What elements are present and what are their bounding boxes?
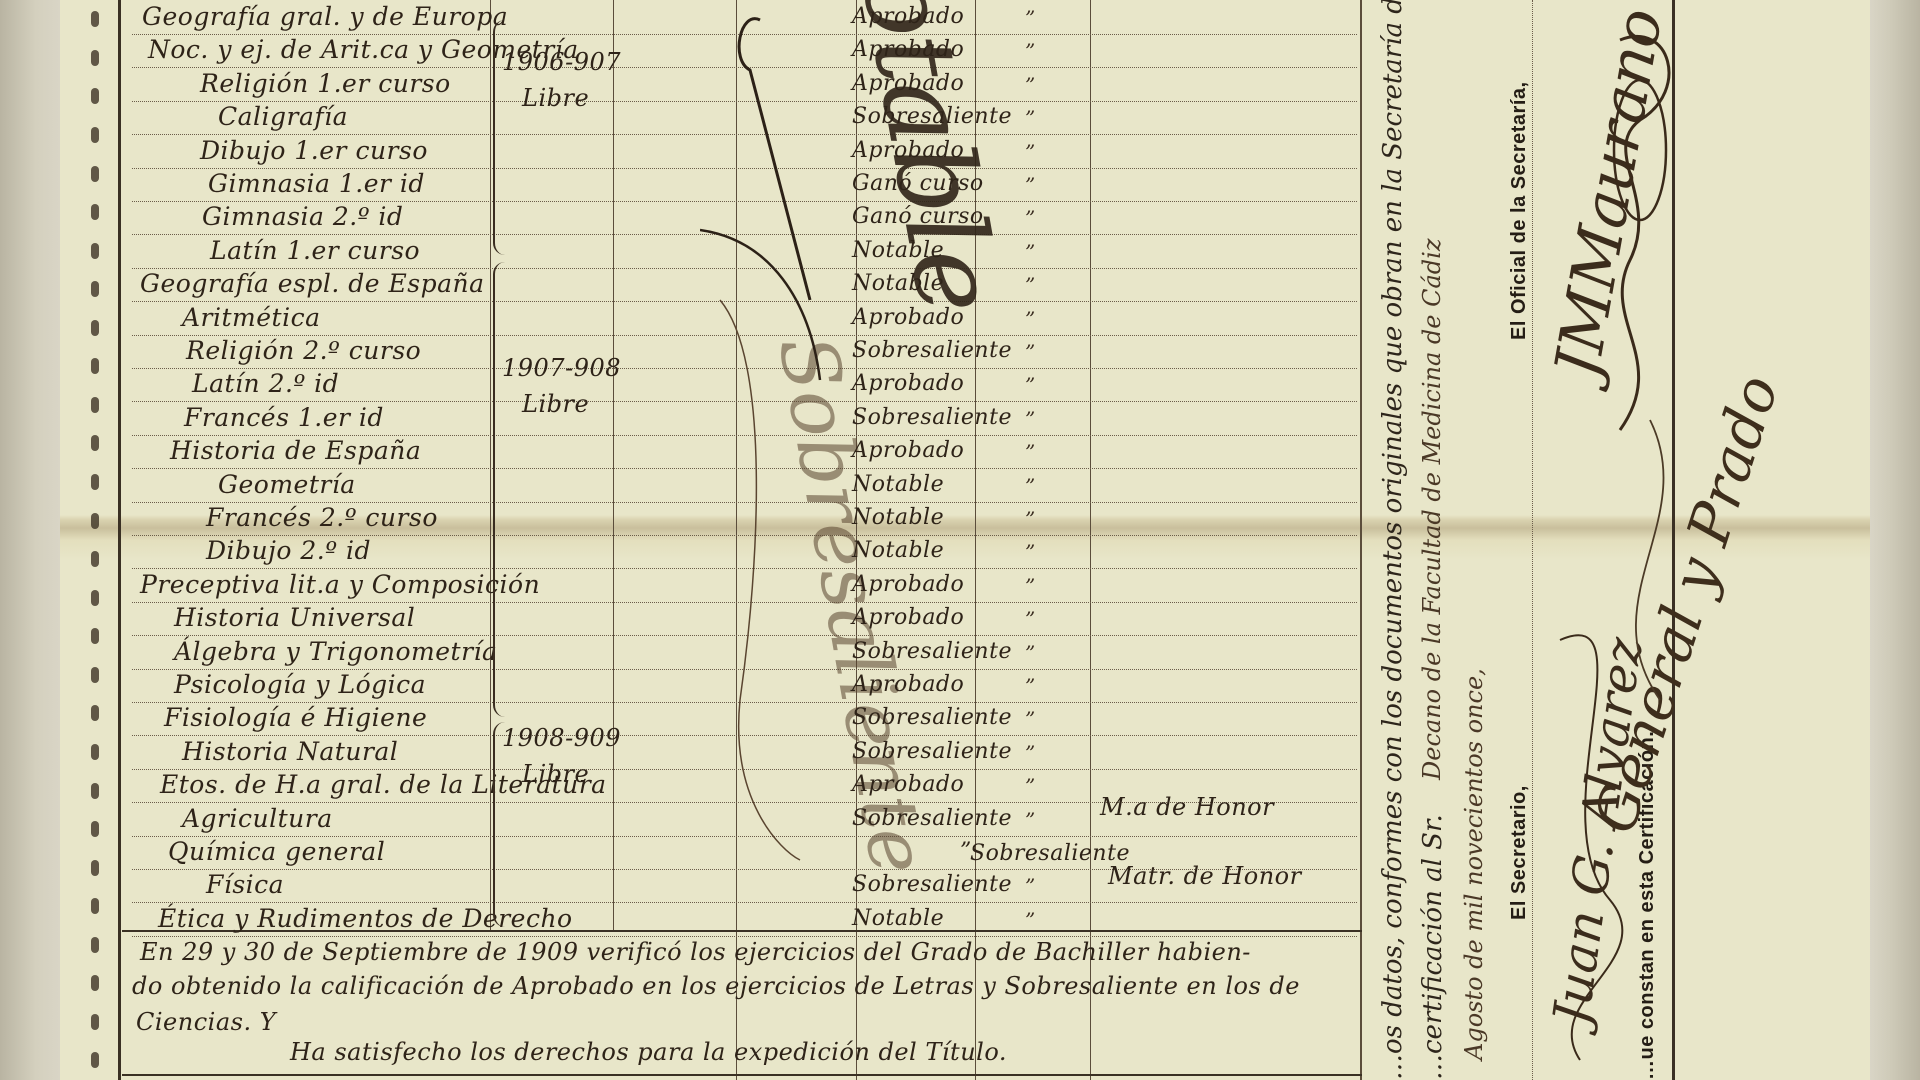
- subject-mark: ”: [1025, 674, 1036, 698]
- subject-mark: ”: [1025, 340, 1036, 364]
- subject-grade: Aprobado: [852, 772, 964, 797]
- subject-mark: ”: [1025, 407, 1036, 431]
- row-rule: [132, 936, 1357, 937]
- subject-name: Latín 1.er curso: [210, 236, 420, 265]
- subject-name: Preceptiva lit.a y Composición: [140, 570, 540, 599]
- subject-mark: ”: [1025, 774, 1036, 798]
- subject-grade: Aprobado: [852, 371, 964, 396]
- subject-mark: ”: [1025, 741, 1036, 765]
- subject-grade: Aprobado: [852, 305, 964, 330]
- subject-grade: Sobresaliente: [852, 806, 1012, 831]
- subject-name: Fisiología é Higiene: [164, 703, 427, 732]
- table-left-border: [118, 0, 121, 1080]
- subject-grade: Aprobado: [852, 37, 964, 62]
- subject-grade: Aprobado: [852, 138, 964, 163]
- certification-handwritten-line-2: Decano de la Facultad de Medicina de Cád…: [1418, 239, 1446, 780]
- subject-grade: Notable: [852, 538, 944, 563]
- academic-year-1908: 1908-909: [502, 724, 621, 752]
- subject-grade: Sobresaliente: [852, 739, 1012, 764]
- subject-grade: Notable: [852, 472, 944, 497]
- subject-mark: ”: [1025, 574, 1036, 598]
- binding-perforation: [88, 0, 102, 1080]
- subject-name: Física: [206, 870, 284, 899]
- subject-name: Geometría: [218, 470, 356, 499]
- subject-grade: Sobresaliente: [852, 338, 1012, 363]
- subject-mark: ”: [1025, 106, 1036, 130]
- official-signature: JMMaurano: [1540, 3, 1677, 383]
- subject-grade: Aprobado: [852, 438, 964, 463]
- academic-year-1907: 1907-908: [502, 354, 621, 382]
- subject-mark: ”: [1025, 206, 1036, 230]
- subject-grade: Sobresaliente: [852, 872, 1012, 897]
- subject-name: Gimnasia 2.º id: [202, 202, 403, 231]
- certification-printed-line-1: …os datos, conformes con los documentos …: [1378, 0, 1408, 1080]
- academic-mode-1907: Libre: [522, 390, 589, 418]
- scan-edge-right: [1870, 0, 1920, 1080]
- subject-name: Gimnasia 1.er id: [208, 169, 425, 198]
- subject-name: Francés 1.er id: [184, 403, 384, 432]
- subject-grade: Aprobado: [852, 605, 964, 630]
- closing-paragraph-line-2: do obtenido la calificación de Aprobado …: [132, 972, 1300, 1000]
- margin-rule: [1532, 0, 1534, 1080]
- subject-grade: Notable: [852, 238, 944, 263]
- subject-mark: ”: [1025, 440, 1036, 464]
- subject-name: Historia Universal: [174, 603, 415, 632]
- subject-name: Álgebra y Trigonometría: [174, 637, 497, 666]
- subject-mark: ”: [1025, 641, 1036, 665]
- official-label: El Oficial de la Secretaría,: [1508, 81, 1531, 340]
- column-divider-mid-1: [736, 0, 737, 1080]
- subject-name: Química general: [168, 837, 385, 866]
- subject-mark: ”: [1025, 240, 1036, 264]
- subject-mark: ”: [1025, 307, 1036, 331]
- subject-mark: ”: [1025, 908, 1036, 932]
- subject-grade: Ganó curso: [852, 171, 984, 196]
- subject-mark: ”: [1025, 73, 1036, 97]
- subject-name: Caligrafía: [218, 102, 348, 131]
- secretary-label: El Secretario,: [1508, 785, 1531, 920]
- year-brace-1907: [493, 262, 507, 717]
- subject-grade: Sobresaliente: [852, 104, 1012, 129]
- honor-agricultura: M.a de Honor: [1100, 793, 1274, 821]
- subject-mark: ”: [1025, 540, 1036, 564]
- subject-grade: Sobresaliente: [852, 705, 1012, 730]
- subject-grade: Aprobado: [852, 572, 964, 597]
- subject-mark: ”: [1025, 173, 1036, 197]
- subject-mark: ”: [1025, 808, 1036, 832]
- subject-name: Francés 2.º curso: [206, 503, 438, 532]
- subject-grade: Notable: [852, 505, 944, 530]
- certification-handwritten-line-3: Agosto de mil novecientos once,: [1460, 668, 1488, 1060]
- closing-paragraph-line-1: En 29 y 30 de Septiembre de 1909 verific…: [140, 938, 1251, 966]
- subject-mark: ”: [1025, 39, 1036, 63]
- paragraph-bottom-border: [122, 1074, 1362, 1076]
- subject-grade: Aprobado: [852, 672, 964, 697]
- subject-name: Dibujo 1.er curso: [200, 136, 428, 165]
- subject-name: Agricultura: [182, 804, 333, 833]
- column-divider-ditto: [1090, 0, 1091, 1080]
- subject-grade: Notable: [852, 271, 944, 296]
- subject-grade: Sobresaliente: [852, 639, 1012, 664]
- subject-name: Aritmética: [182, 303, 321, 332]
- subject-grade: Aprobado: [852, 4, 964, 29]
- column-divider-honor: [1360, 0, 1362, 1080]
- scan-edge-left: [0, 0, 60, 1080]
- subject-mark: ”: [1025, 874, 1036, 898]
- subject-mark: ”: [1025, 273, 1036, 297]
- certificate-page: Geografía gral. y de EuropaNoc. y ej. de…: [60, 0, 1870, 1080]
- subject-mark: ”: [1025, 6, 1036, 30]
- certification-printed-line-2: …certificación al Sr.: [1418, 814, 1448, 1080]
- subject-grade: Notable: [852, 906, 944, 931]
- subject-mark: ”: [1025, 607, 1036, 631]
- subject-grade: Aprobado: [852, 71, 964, 96]
- year-brace-1908: [493, 722, 507, 927]
- subject-name: Historia Natural: [182, 737, 398, 766]
- subject-mark: ”: [1025, 707, 1036, 731]
- subject-name: Historia de España: [170, 436, 421, 465]
- subject-grade: Sobresaliente: [852, 405, 1012, 430]
- academic-mode-1908: Libre: [522, 760, 589, 788]
- subject-mark: Sobresaliente: [970, 841, 1130, 866]
- academic-year-1906: 1906-907: [502, 48, 621, 76]
- subject-name: Geografía espl. de España: [140, 269, 485, 298]
- column-divider-year: [613, 0, 614, 930]
- closing-paragraph-line-4: Ha satisfecho los derechos para la exped…: [290, 1038, 1007, 1066]
- subject-name: Religión 1.er curso: [200, 69, 451, 98]
- subject-mark: ”: [1025, 507, 1036, 531]
- subject-mark: ”: [1025, 474, 1036, 498]
- honor-fisica: Matr. de Honor: [1108, 862, 1302, 890]
- subject-name: Dibujo 2.º id: [206, 536, 371, 565]
- subject-name: Geografía gral. y de Europa: [142, 2, 508, 31]
- subject-name: Latín 2.º id: [192, 369, 339, 398]
- subject-mark: ”: [1025, 373, 1036, 397]
- subject-mark: ”: [1025, 140, 1036, 164]
- subject-name: Psicología y Lógica: [174, 670, 426, 699]
- subject-name: Religión 2.º curso: [186, 336, 421, 365]
- subject-grade: Ganó curso: [852, 204, 984, 229]
- academic-mode-1906: Libre: [522, 84, 589, 112]
- closing-paragraph-line-3: Ciencias. Y: [136, 1008, 276, 1036]
- general-signature: General y Prado: [1580, 367, 1792, 841]
- subject-name: Ética y Rudimentos de Derecho: [158, 904, 573, 933]
